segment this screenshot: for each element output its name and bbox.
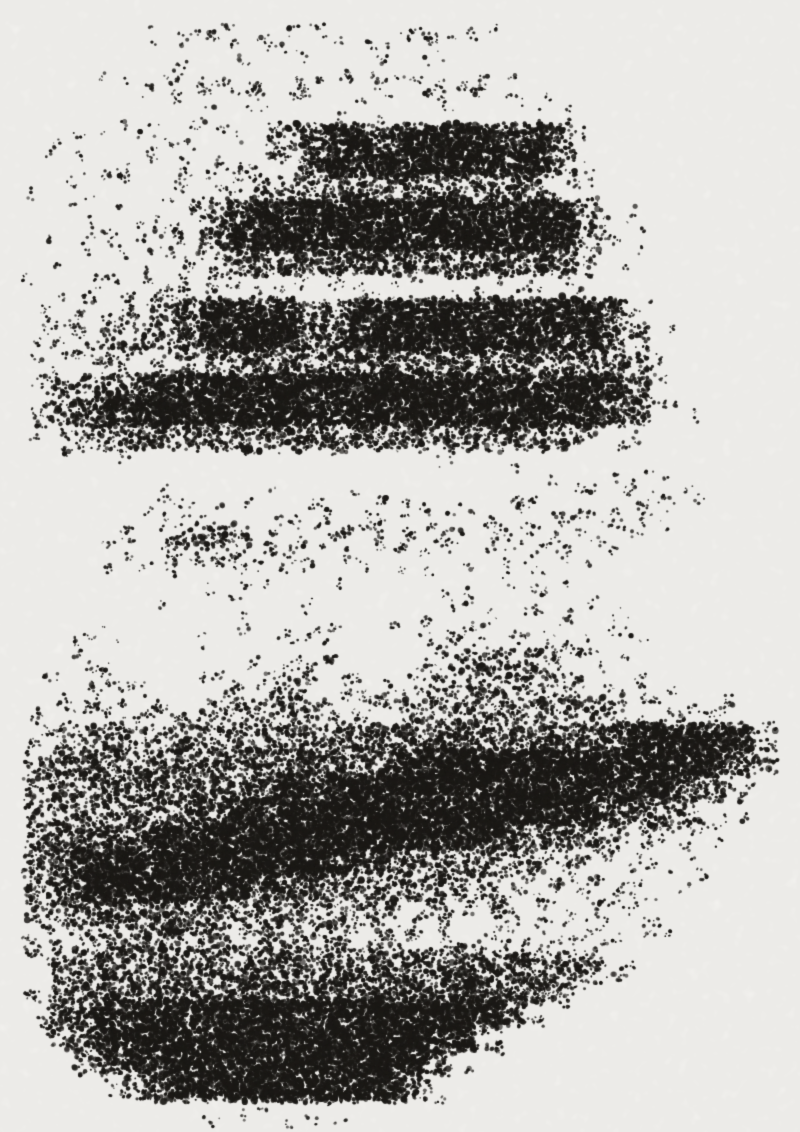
stipple-noise-canvas <box>0 0 800 1132</box>
degraded-photo <box>0 0 800 1132</box>
